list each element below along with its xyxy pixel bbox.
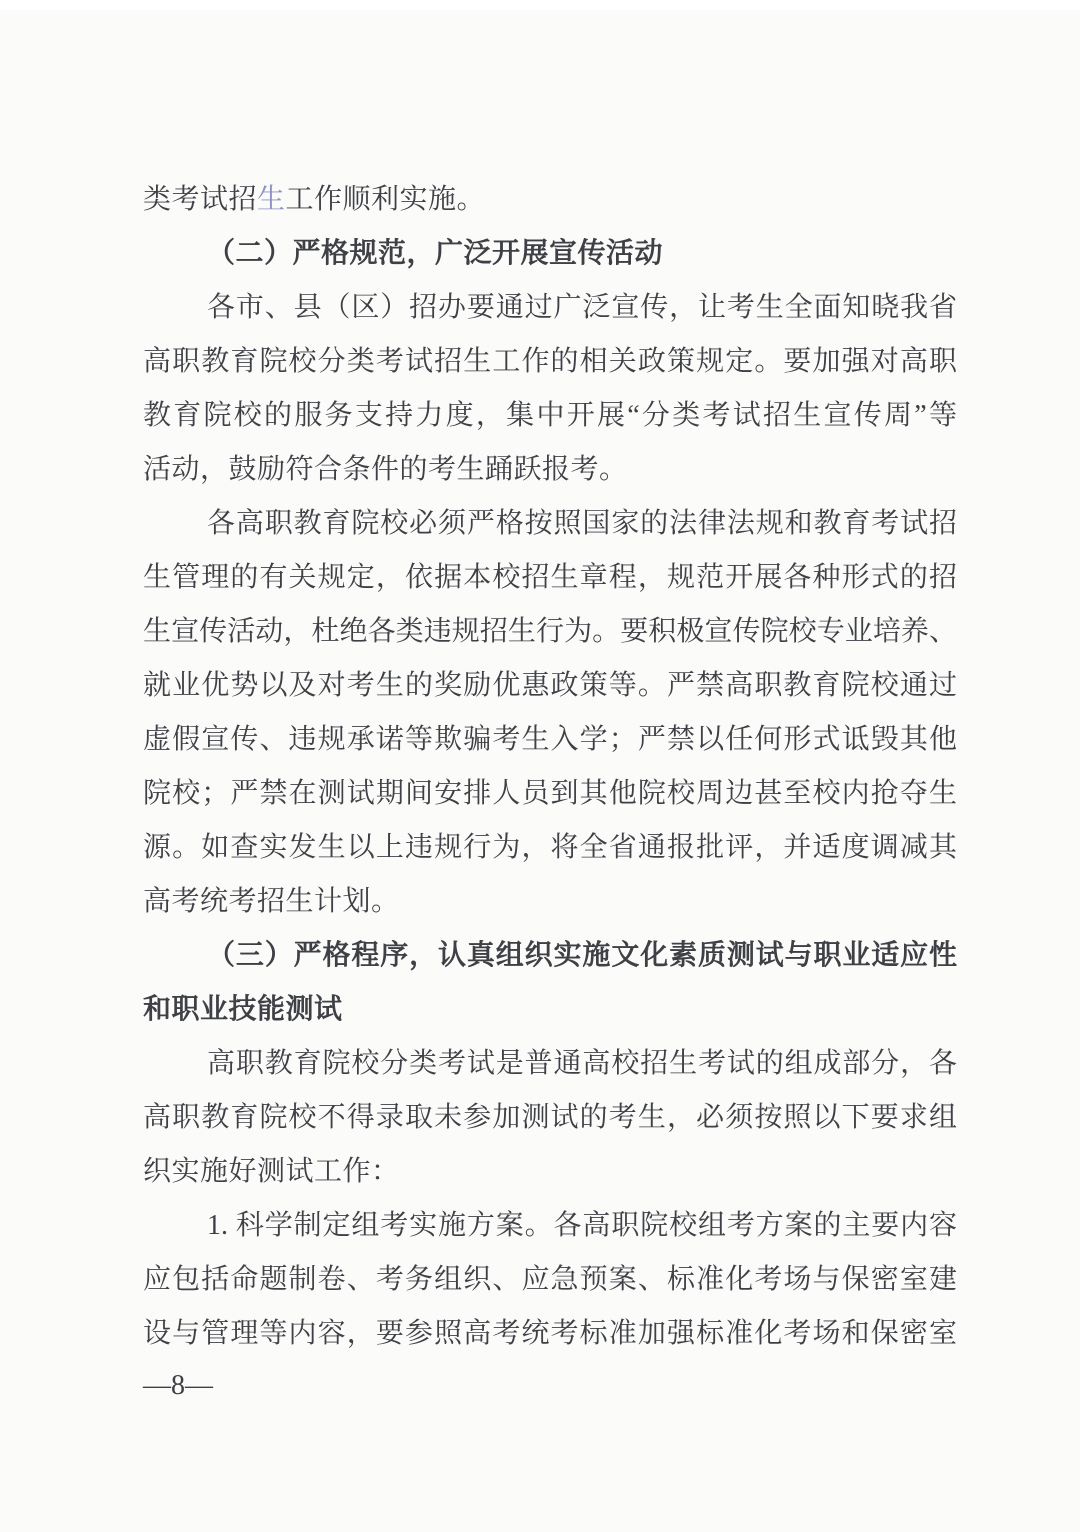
text-line: 高职教育院校不得录取未参加测试的考生，必须按照以下要求组 (143, 1091, 957, 1145)
text-segment: 源。如查实发生以上违规行为，将全省通报批评，并适度调减其 (143, 832, 957, 863)
text-segment: 就业优势以及对考生的奖励优惠政策等。严禁高职教育院校通过 (143, 670, 957, 701)
text-line: 教育院校的服务支持力度，集中开展“分类考试招生宣传周”等 (143, 389, 957, 443)
text-line: （三）严格程序，认真组织实施文化素质测试与职业适应性 (143, 929, 957, 983)
text-line: 就业优势以及对考生的奖励优惠政策等。严禁高职教育院校通过 (143, 659, 957, 713)
text-line: 生宣传活动，杜绝各类违规招生行为。要积极宣传院校专业培养、 (143, 605, 957, 659)
text-segment: 高职教育院校不得录取未参加测试的考生，必须按照以下要求组 (143, 1102, 957, 1133)
text-segment: （二）严格规范，广泛开展宣传活动 (207, 238, 663, 269)
text-line: （二）严格规范，广泛开展宣传活动 (143, 227, 957, 281)
page-number: —8— (143, 1359, 213, 1413)
text-segment: 各高职教育院校必须严格按照国家的法律法规和教育考试招 (207, 508, 957, 539)
text-segment: 类考试招 (143, 184, 257, 215)
text-segment: 高考统考招生计划。 (143, 886, 400, 917)
text-segment: 高职教育院校分类考试是普通高校招生考试的组成部分，各 (207, 1048, 957, 1079)
text-segment: 1. 科学制定组考实施方案。各高职院校组考方案的主要内容 (207, 1210, 957, 1241)
scan-edge (0, 0, 1080, 10)
text-line: 源。如查实发生以上违规行为，将全省通报批评，并适度调减其 (143, 821, 957, 875)
text-segment: （三）严格程序，认真组织实施文化素质测试与职业适应性 (207, 940, 957, 971)
text-segment: 各市、县（区）招办要通过广泛宣传，让考生全面知晓我省 (207, 292, 957, 323)
text-line: 虚假宣传、违规承诺等欺骗考生入学；严禁以任何形式诋毁其他 (143, 713, 957, 767)
text-segment: 设与管理等内容，要参照高考统考标准加强标准化考场和保密室 (143, 1318, 957, 1349)
text-line: 生管理的有关规定，依据本校招生章程，规范开展各种形式的招 (143, 551, 957, 605)
text-line: 各市、县（区）招办要通过广泛宣传，让考生全面知晓我省 (143, 281, 957, 335)
text-line: 院校；严禁在测试期间安排人员到其他院校周边甚至校内抢夺生 (143, 767, 957, 821)
document-body: 类考试招生工作顺利实施。（二）严格规范，广泛开展宣传活动各市、县（区）招办要通过… (143, 173, 957, 1361)
text-segment: 工作顺利实施。 (286, 184, 486, 215)
text-segment: 虚假宣传、违规承诺等欺骗考生入学；严禁以任何形式诋毁其他 (143, 724, 957, 755)
text-line: 类考试招生工作顺利实施。 (143, 173, 957, 227)
text-line: 高考统考招生计划。 (143, 875, 957, 929)
text-segment: 生管理的有关规定，依据本校招生章程，规范开展各种形式的招 (143, 562, 957, 593)
text-line: 和职业技能测试 (143, 983, 957, 1037)
text-line: 1. 科学制定组考实施方案。各高职院校组考方案的主要内容 (143, 1199, 957, 1253)
text-segment: 织实施好测试工作： (143, 1156, 400, 1187)
text-segment: 高职教育院校分类考试招生工作的相关政策规定。要加强对高职 (143, 346, 957, 377)
accent-character: 生 (257, 184, 286, 215)
text-line: 高职教育院校分类考试招生工作的相关政策规定。要加强对高职 (143, 335, 957, 389)
text-line: 各高职教育院校必须严格按照国家的法律法规和教育考试招 (143, 497, 957, 551)
text-line: 织实施好测试工作： (143, 1145, 957, 1199)
text-segment: 活动，鼓励符合条件的考生踊跃报考。 (143, 454, 628, 485)
text-segment: 院校；严禁在测试期间安排人员到其他院校周边甚至校内抢夺生 (143, 778, 957, 809)
text-line: 活动，鼓励符合条件的考生踊跃报考。 (143, 443, 957, 497)
text-segment: 教育院校的服务支持力度，集中开展“分类考试招生宣传周”等 (143, 400, 957, 431)
text-segment: 应包括命题制卷、考务组织、应急预案、标准化考场与保密室建 (143, 1264, 957, 1295)
text-line: 设与管理等内容，要参照高考统考标准加强标准化考场和保密室 (143, 1307, 957, 1361)
document-page: 类考试招生工作顺利实施。（二）严格规范，广泛开展宣传活动各市、县（区）招办要通过… (0, 0, 1080, 1532)
text-segment: 生宣传活动，杜绝各类违规招生行为。要积极宣传院校专业培养、 (143, 616, 957, 647)
text-line: 高职教育院校分类考试是普通高校招生考试的组成部分，各 (143, 1037, 957, 1091)
text-line: 应包括命题制卷、考务组织、应急预案、标准化考场与保密室建 (143, 1253, 957, 1307)
text-segment: 和职业技能测试 (143, 994, 343, 1025)
